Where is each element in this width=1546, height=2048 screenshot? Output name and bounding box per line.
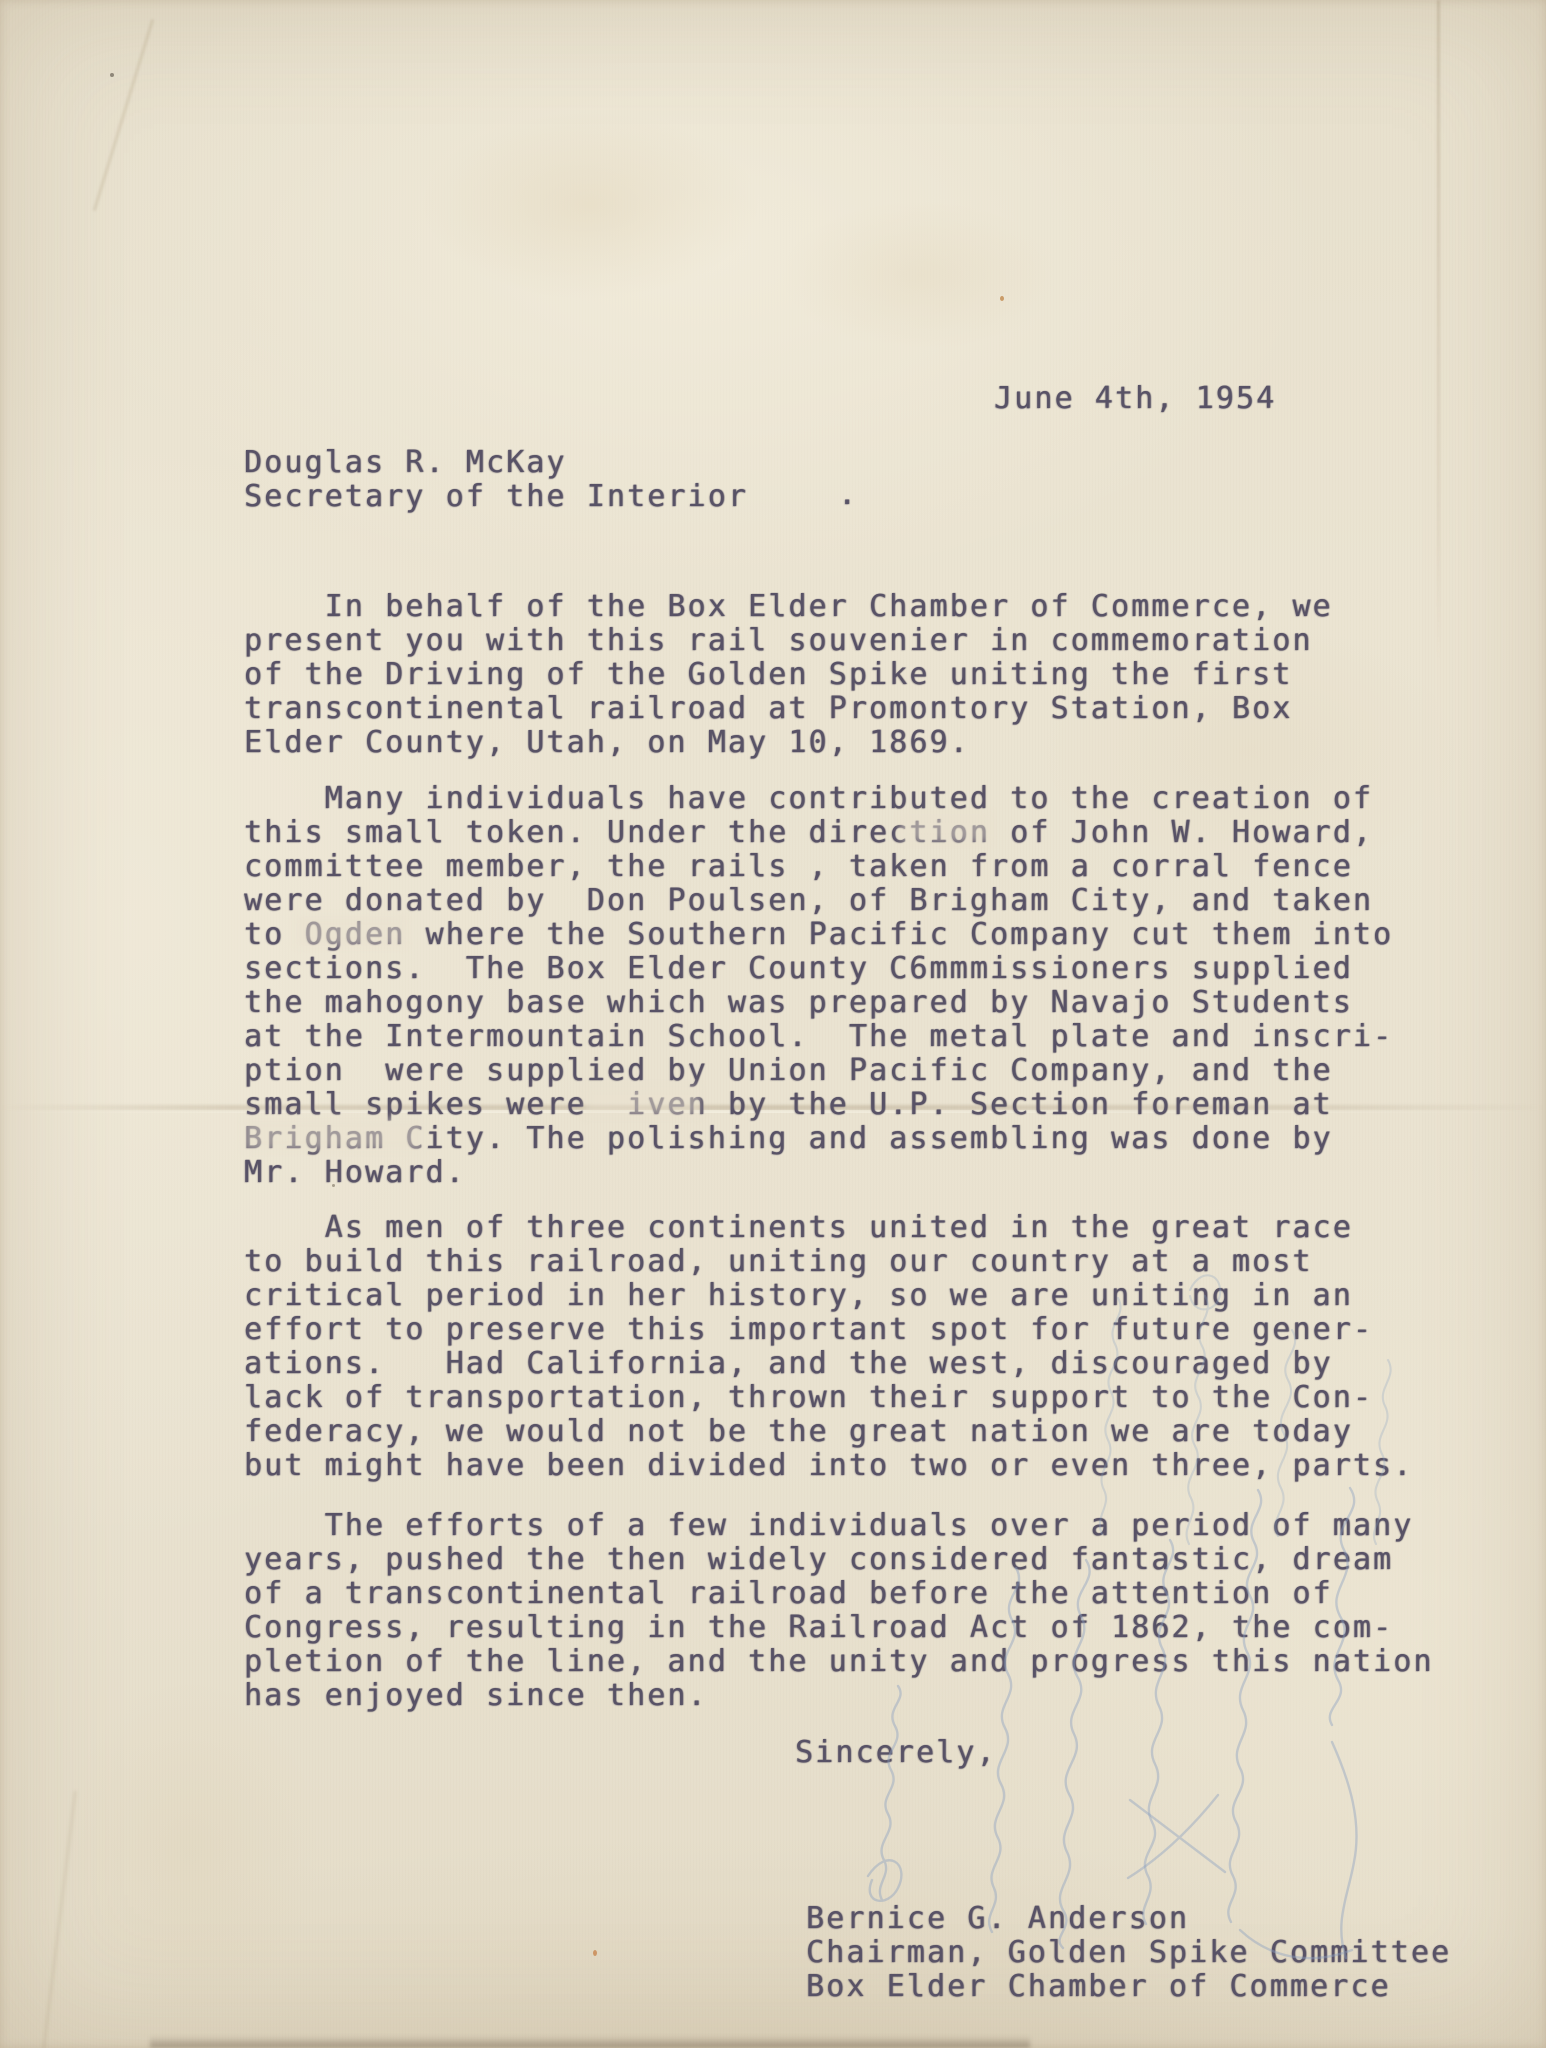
letter-line: Congress, resulting in the Railroad Act … [244, 1611, 1434, 1645]
letter-line: effort to preserve this important spot f… [244, 1313, 1413, 1347]
letter-line: The efforts of a few individuals over a … [244, 1509, 1434, 1543]
letter-line: to build this railroad, uniting our coun… [244, 1245, 1413, 1279]
letter-line: committee member, the rails , taken from… [244, 850, 1393, 884]
letter-line: Mr. Howard. [244, 1156, 1393, 1190]
letter-line: In behalf of the Box Elder Chamber of Co… [244, 590, 1333, 624]
letter-line: critical period in her history, so we ar… [244, 1279, 1413, 1313]
letter-line: federacy, we would not be the great nati… [244, 1415, 1413, 1449]
ink-speck [110, 73, 114, 77]
letter-line: the mahogony base which was prepared by … [244, 986, 1393, 1020]
letter-line: transcontinental railroad at Promontory … [244, 692, 1333, 726]
diagonal-crease-bottom-left [42, 1791, 77, 2048]
paper-stain [780, 200, 1060, 350]
paragraph-4: The efforts of a few individuals over a … [244, 1509, 1434, 1713]
paragraph-2: Many individuals have contributed to the… [244, 782, 1393, 1190]
letter-line: of a transcontinental railroad before th… [244, 1577, 1434, 1611]
signature-block: Bernice G. Anderson Chairman, Golden Spi… [806, 1902, 1451, 2004]
letter-line: pletion of the line, and the unity and p… [244, 1645, 1434, 1679]
paper-stain [60, 1680, 320, 2020]
letter-date: June 4th, 1954 [994, 382, 1276, 416]
rust-speck [593, 1950, 597, 1956]
letter-line: to Ogden where the Southern Pacific Comp… [244, 918, 1393, 952]
letter-line: sections. The Box Elder County C6mmmissi… [244, 952, 1393, 986]
bottom-edge-shadow [150, 2036, 1030, 2048]
letter-line: As men of three continents united in the… [244, 1211, 1413, 1245]
signer-organization: Box Elder Chamber of Commerce [806, 1970, 1451, 2004]
letter-line: small spikes were iven by the U.P. Secti… [244, 1088, 1393, 1122]
letter-line: Many individuals have contributed to the… [244, 782, 1393, 816]
letter-line: ations. Had California, and the west, di… [244, 1347, 1413, 1381]
letter-line: were donated by Don Poulsen, of Brigham … [244, 884, 1393, 918]
stray-typed-dot: . [838, 478, 858, 512]
letter-line: but might have been divided into two or … [244, 1449, 1413, 1483]
rust-speck [1000, 296, 1004, 301]
closing-text: Sincerely, [795, 1736, 997, 1770]
date-text: June 4th, 1954 [994, 382, 1276, 416]
letter-line: Brigham City. The polishing and assembli… [244, 1122, 1393, 1156]
scribble-stroke [868, 1686, 901, 1901]
letter-line: at the Intermountain School. The metal p… [244, 1020, 1393, 1054]
recipient-title: Secretary of the Interior [244, 480, 748, 514]
letter-line: years, pushed the then widely considered… [244, 1543, 1434, 1577]
signer-name: Bernice G. Anderson [806, 1902, 1451, 1936]
letter-line: present you with this rail souvenier in … [244, 624, 1333, 658]
letter-line: this small token. Under the direction of… [244, 816, 1393, 850]
letter-line: ption were supplied by Union Pacific Com… [244, 1054, 1393, 1088]
signer-role: Chairman, Golden Spike Committee [806, 1936, 1451, 1970]
diagonal-crease-top-left [93, 19, 154, 211]
recipient-block: Douglas R. McKay Secretary of the Interi… [244, 446, 748, 514]
letter-line: lack of transportation, thrown their sup… [244, 1381, 1413, 1415]
letter-line: has enjoyed since then. [244, 1679, 1434, 1713]
recipient-name: Douglas R. McKay [244, 446, 748, 480]
paper-stain [420, 110, 760, 300]
scanned-letter-page: June 4th, 1954 Douglas R. McKay Secretar… [0, 0, 1546, 2048]
letter-line: Elder County, Utah, on May 10, 1869. [244, 726, 1333, 760]
vertical-crease-right [1437, 0, 1440, 660]
paragraph-3: As men of three continents united in the… [244, 1211, 1413, 1483]
paragraph-1: In behalf of the Box Elder Chamber of Co… [244, 590, 1333, 760]
closing: Sincerely, [795, 1736, 997, 1770]
letter-line: of the Driving of the Golden Spike uniti… [244, 658, 1333, 692]
scribble-stroke [1128, 1795, 1225, 1878]
